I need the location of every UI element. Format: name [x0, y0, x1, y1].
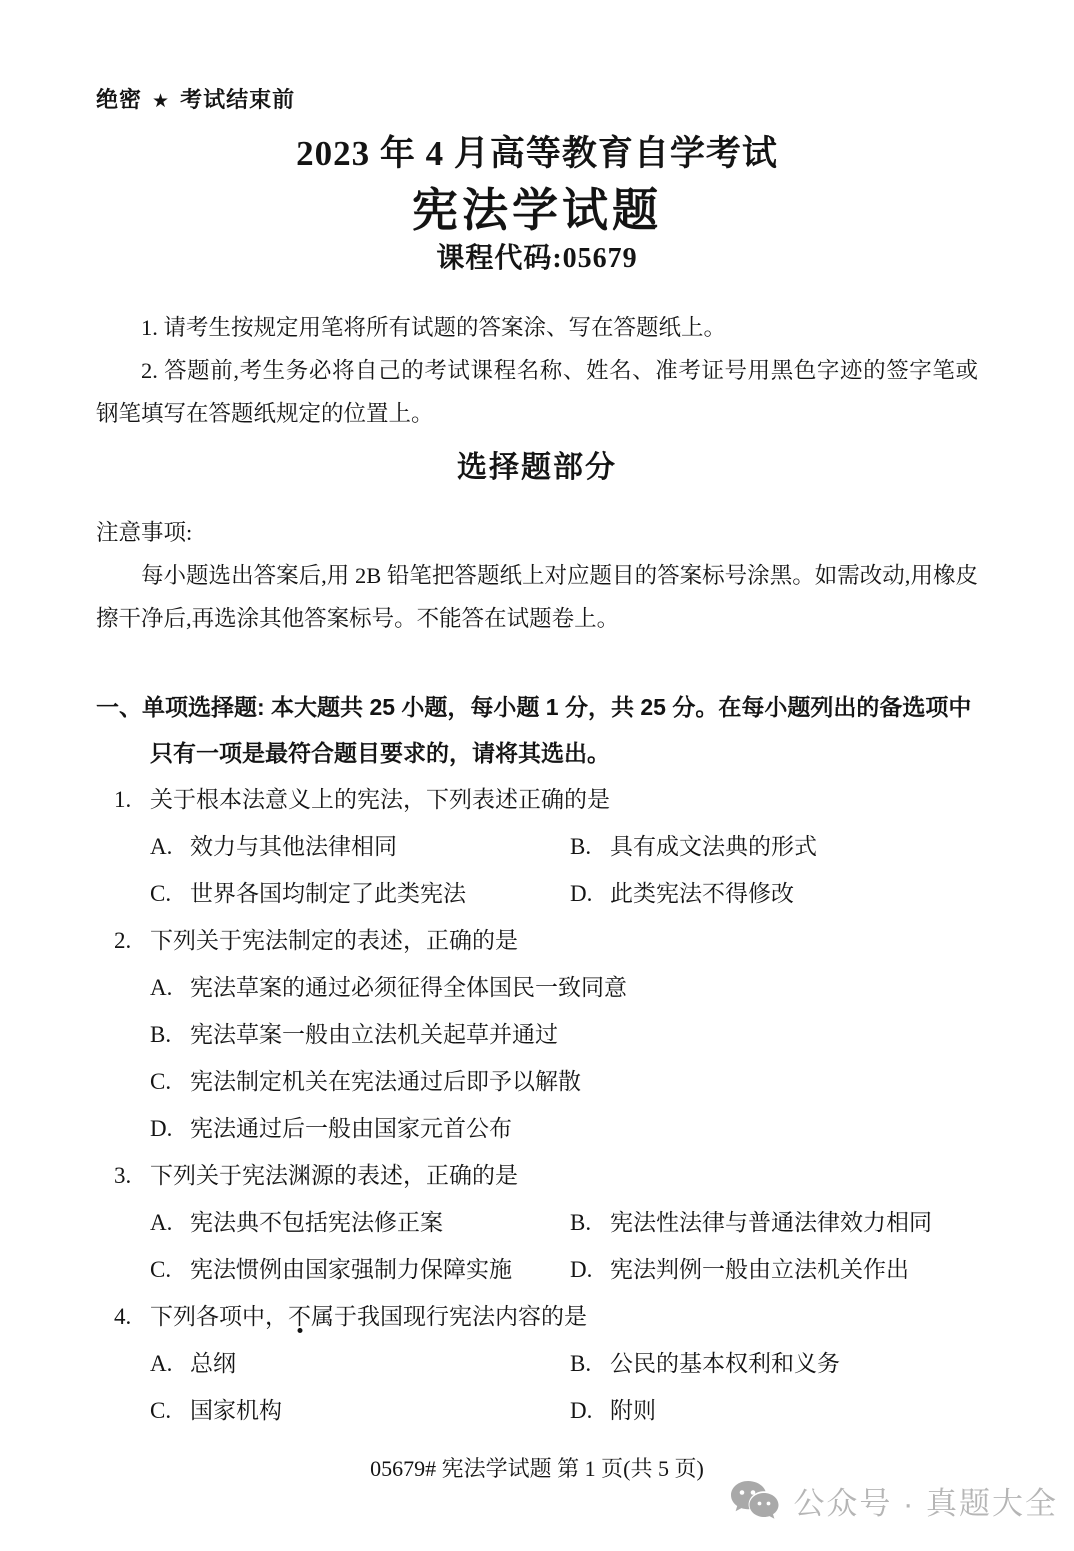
option-b: B.具有成文法典的形式	[570, 823, 978, 870]
question-stem-text: 关于根本法意义上的宪法，下列表述正确的是	[150, 776, 610, 823]
stem-emphasized-char: 不	[288, 1304, 311, 1329]
section-title: 选择题部分	[96, 449, 978, 487]
option-a: A.总纲	[150, 1340, 570, 1387]
option-text: 具有成文法典的形式	[610, 834, 817, 859]
option-c: C.世界各国均制定了此类宪法	[150, 870, 570, 917]
question-4-stem: 4. 下列各项中，不属于我国现行宪法内容的是	[96, 1293, 978, 1340]
watermark: 公众号 · 真题大全	[729, 1478, 1058, 1523]
question-number: 1.	[114, 776, 150, 823]
option-text: 附则	[610, 1398, 656, 1423]
part-one-header-line2: 只有一项是最符合题目要求的，请将其选出。	[150, 730, 978, 776]
classification-line: 绝密★考试结束前	[96, 86, 978, 116]
question-3-stem: 3. 下列关于宪法渊源的表述，正确的是	[96, 1152, 978, 1199]
subject-title: 宪法学试题	[96, 182, 978, 238]
option-label: A.	[150, 964, 190, 1011]
option-label: D.	[570, 1387, 610, 1434]
option-a: A.宪法草案的通过必须征得全体国民一致同意	[150, 964, 978, 1011]
instruction-1: 1. 请考生按规定用笔将所有试题的答案涂、写在答题纸上。	[96, 306, 978, 349]
stem-prefix: 下列各项中，	[150, 1304, 288, 1329]
option-a: A.效力与其他法律相同	[150, 823, 570, 870]
option-label: B.	[150, 1011, 190, 1058]
option-b: B.宪法草案一般由立法机关起草并通过	[150, 1011, 978, 1058]
option-label: C.	[150, 1246, 190, 1293]
option-text: 效力与其他法律相同	[190, 834, 397, 859]
exam-paper-page: 绝密★考试结束前 2023 年 4 月高等教育自学考试 宪法学试题 课程代码:0…	[0, 0, 1074, 1551]
option-label: A.	[150, 1199, 190, 1246]
option-text: 公民的基本权利和义务	[610, 1351, 840, 1376]
option-label: B.	[570, 823, 610, 870]
option-text: 宪法惯例由国家强制力保障实施	[190, 1257, 512, 1282]
option-label: D.	[570, 870, 610, 917]
general-instructions: 1. 请考生按规定用笔将所有试题的答案涂、写在答题纸上。 2. 答题前,考生务必…	[96, 306, 978, 435]
question-number: 3.	[114, 1152, 150, 1199]
instruction-2: 2. 答题前,考生务必将自己的考试课程名称、姓名、准考证号用黑色字迹的签字笔或钢…	[96, 349, 978, 435]
option-a: A.宪法典不包括宪法修正案	[150, 1199, 570, 1246]
part-one-header-line1: 一、单项选择题: 本大题共 25 小题，每小题 1 分，共 25 分。在每小题列…	[96, 694, 971, 720]
option-text: 宪法判例一般由立法机关作出	[610, 1257, 909, 1282]
stem-suffix: 属于我国现行宪法内容的是	[311, 1304, 587, 1329]
option-text: 宪法典不包括宪法修正案	[190, 1210, 443, 1235]
question-stem-text: 下列关于宪法渊源的表述，正确的是	[150, 1152, 518, 1199]
option-text: 宪法通过后一般由国家元首公布	[190, 1116, 512, 1141]
option-d: D.附则	[570, 1387, 978, 1434]
option-label: C.	[150, 1387, 190, 1434]
question-2-stem: 2. 下列关于宪法制定的表述，正确的是	[96, 917, 978, 964]
option-label: C.	[150, 1058, 190, 1105]
question-number: 4.	[114, 1293, 150, 1340]
exam-title: 2023 年 4 月高等教育自学考试	[96, 132, 978, 176]
option-d: D.宪法通过后一般由国家元首公布	[150, 1105, 978, 1152]
option-text: 此类宪法不得修改	[610, 881, 794, 906]
question-1-stem: 1. 关于根本法意义上的宪法，下列表述正确的是	[96, 776, 978, 823]
question-2-options: A.宪法草案的通过必须征得全体国民一致同意 B.宪法草案一般由立法机关起草并通过…	[96, 964, 978, 1152]
option-c: C.宪法惯例由国家强制力保障实施	[150, 1246, 570, 1293]
option-label: A.	[150, 1340, 190, 1387]
course-code: 课程代码:05679	[96, 242, 978, 276]
option-text: 宪法草案一般由立法机关起草并通过	[190, 1022, 558, 1047]
question-stem-text: 下列关于宪法制定的表述，正确的是	[150, 917, 518, 964]
option-text: 宪法性法律与普通法律效力相同	[610, 1210, 932, 1235]
wechat-icon	[729, 1479, 781, 1523]
option-d: D.宪法判例一般由立法机关作出	[570, 1246, 978, 1293]
question-1-options: A.效力与其他法律相同 B.具有成文法典的形式 C.世界各国均制定了此类宪法 D…	[96, 823, 978, 917]
part-one-header: 一、单项选择题: 本大题共 25 小题，每小题 1 分，共 25 分。在每小题列…	[96, 684, 978, 776]
star-icon: ★	[142, 91, 180, 112]
option-label: A.	[150, 823, 190, 870]
option-c: C.国家机构	[150, 1387, 570, 1434]
option-text: 国家机构	[190, 1398, 282, 1423]
option-b: B.宪法性法律与普通法律效力相同	[570, 1199, 978, 1246]
option-text: 宪法草案的通过必须征得全体国民一致同意	[190, 975, 627, 1000]
option-label: D.	[150, 1105, 190, 1152]
question-list: 1. 关于根本法意义上的宪法，下列表述正确的是 A.效力与其他法律相同 B.具有…	[96, 776, 978, 1434]
option-b: B.公民的基本权利和义务	[570, 1340, 978, 1387]
option-label: D.	[570, 1246, 610, 1293]
notes-label: 注意事项:	[96, 511, 978, 554]
option-label: B.	[570, 1199, 610, 1246]
option-text: 世界各国均制定了此类宪法	[190, 881, 466, 906]
option-label: C.	[150, 870, 190, 917]
watermark-text: 公众号 · 真题大全	[793, 1478, 1058, 1523]
option-text: 宪法制定机关在宪法通过后即予以解散	[190, 1069, 581, 1094]
option-label: B.	[570, 1340, 610, 1387]
option-d: D.此类宪法不得修改	[570, 870, 978, 917]
option-text: 总纲	[190, 1351, 236, 1376]
question-stem-text: 下列各项中，不属于我国现行宪法内容的是	[150, 1293, 587, 1340]
question-3-options: A.宪法典不包括宪法修正案 B.宪法性法律与普通法律效力相同 C.宪法惯例由国家…	[96, 1199, 978, 1293]
option-c: C.宪法制定机关在宪法通过后即予以解散	[150, 1058, 978, 1105]
notes-text: 每小题选出答案后,用 2B 铅笔把答题纸上对应题目的答案标号涂黑。如需改动,用橡…	[96, 554, 978, 640]
classification-note: 考试结束前	[180, 87, 295, 112]
question-4-options: A.总纲 B.公民的基本权利和义务 C.国家机构 D.附则	[96, 1340, 978, 1434]
classification-label: 绝密	[96, 87, 142, 112]
question-number: 2.	[114, 917, 150, 964]
